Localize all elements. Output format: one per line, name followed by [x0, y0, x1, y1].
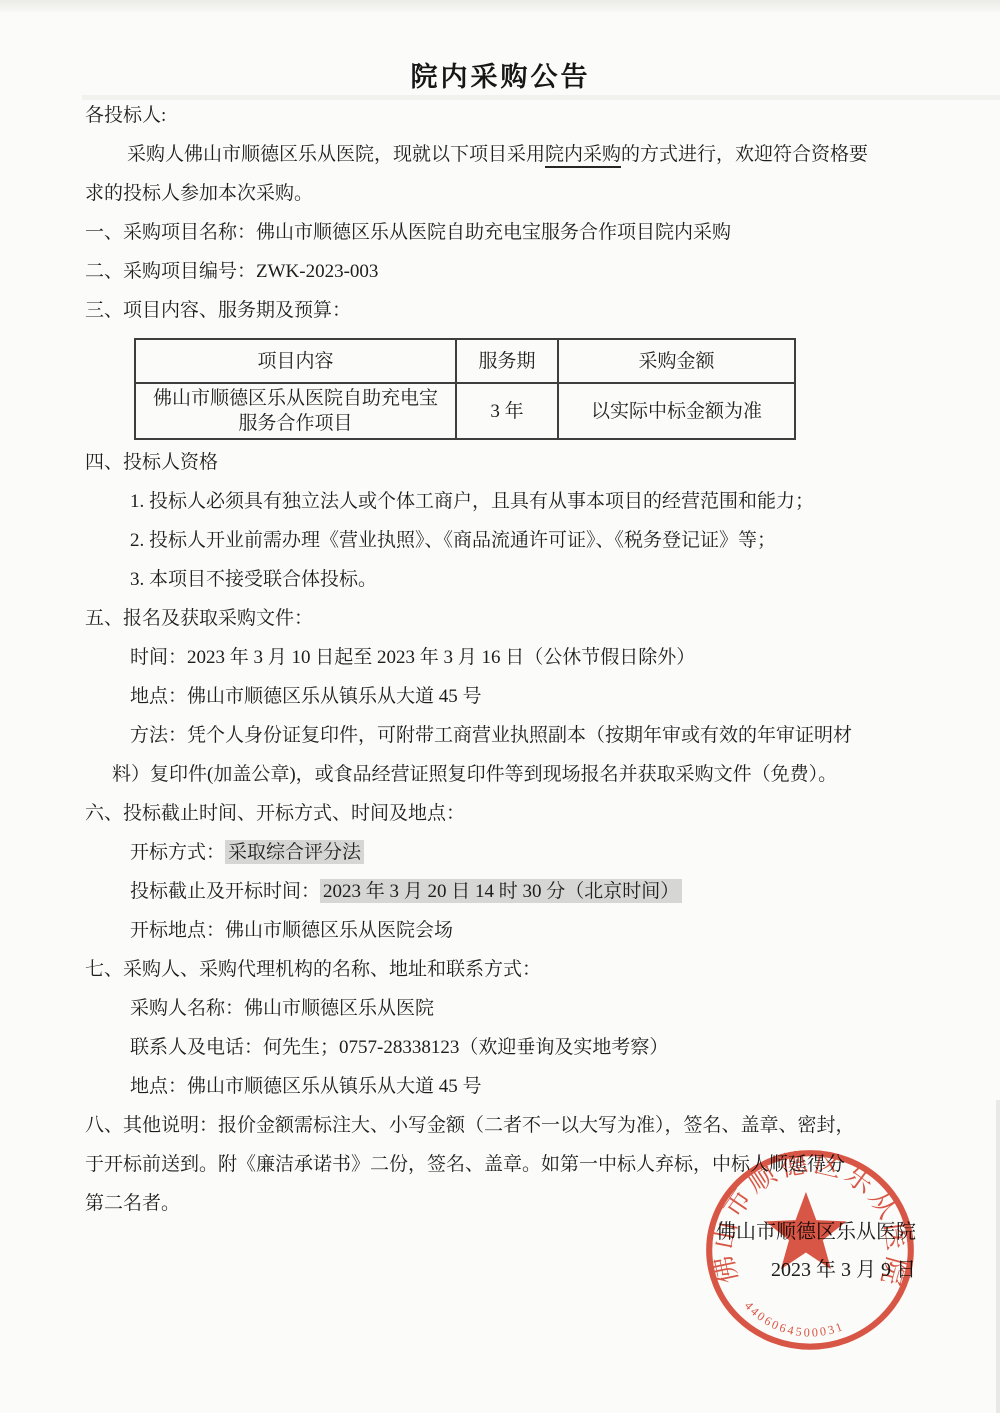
registration-time: 时间：2023 年 3 月 10 日起至 2023 年 3 月 16 日（公休节… [130, 638, 916, 677]
section-2-project-number: 二、采购项目编号：ZWK-2023-003 [85, 252, 916, 291]
table-header-row: 项目内容 服务期 采购金额 [135, 339, 795, 383]
scan-artifact-right-edge [996, 1100, 1000, 1413]
document-body: 院内采购公告 各投标人: 采购人佛山市顺德区乐从医院，现就以下项目采用院内采购的… [85, 58, 916, 1289]
section-1-project-name: 一、采购项目名称：佛山市顺德区乐从医院自助充电宝服务合作项目院内采购 [85, 213, 916, 252]
table-row: 佛山市顺德区乐从医院自助充电宝服务合作项目 3 年 以实际中标金额为准 [135, 383, 795, 439]
qualification-item-3: 3. 本项目不接受联合体投标。 [130, 560, 916, 599]
opening-method-label: 开标方式： [130, 842, 225, 863]
signature-org: 佛山市顺德区乐从医院 [85, 1213, 916, 1251]
cell-project-content: 佛山市顺德区乐从医院自助充电宝服务合作项目 [135, 383, 456, 439]
cell-purchase-amount: 以实际中标金额为准 [558, 383, 795, 439]
header-service-period: 服务期 [456, 339, 558, 383]
section-3-heading: 三、项目内容、服务期及预算： [85, 291, 916, 330]
section-8-line2: 于开标前送到。附《廉洁承诺书》二份，签名、盖章。如第一中标人弃标，中标人顺延得分 [85, 1145, 916, 1184]
intro-text-pre: 采购人佛山市顺德区乐从医院，现就以下项目采用 [127, 144, 545, 165]
signature-block: 佛山市顺德区乐从医院 2023 年 3 月 9 日 [85, 1213, 916, 1289]
section-6-heading: 六、投标截止时间、开标方式、时间及地点： [85, 794, 916, 833]
document-title: 院内采购公告 [85, 58, 916, 96]
section-5-heading: 五、报名及获取采购文件： [85, 599, 916, 638]
section-7-heading: 七、采购人、采购代理机构的名称、地址和联系方式： [85, 950, 916, 989]
qualification-item-1: 1. 投标人必须具有独立法人或个体工商户，且具有从事本项目的经营范围和能力； [130, 482, 916, 521]
intro-paragraph-line1: 采购人佛山市顺德区乐从医院，现就以下项目采用院内采购的方式进行，欢迎符合资格要 [85, 135, 916, 174]
project-spec-table: 项目内容 服务期 采购金额 佛山市顺德区乐从医院自助充电宝服务合作项目 3 年 … [134, 338, 796, 440]
registration-method-line1: 方法：凭个人身份证复印件，可附带工商营业执照副本（按期年审或有效的年审证明材 [130, 716, 916, 755]
intro-underlined-term: 院内采购 [545, 144, 621, 168]
signature-date: 2023 年 3 月 9 日 [85, 1251, 916, 1289]
registration-method-line2: 料）复印件(加盖公章)，或食品经营证照复印件等到现场报名并获取采购文件（免费）。 [112, 755, 916, 794]
buyer-address: 地点：佛山市顺德区乐从镇乐从大道 45 号 [130, 1067, 916, 1106]
scan-artifact-top [0, 0, 1000, 12]
bid-deadline-value-highlighted: 2023 年 3 月 20 日 14 时 30 分（北京时间） [320, 879, 682, 903]
bid-deadline-label: 投标截止及开标时间： [130, 881, 320, 902]
seal-code-text: 4406064500031 [742, 1299, 847, 1340]
opening-method-value-highlighted: 采取综合评分法 [225, 840, 364, 864]
buyer-contact: 联系人及电话：何先生；0757-28338123（欢迎垂询及实地考察） [130, 1028, 916, 1067]
bid-deadline-line: 投标截止及开标时间：2023 年 3 月 20 日 14 时 30 分（北京时间… [130, 872, 916, 911]
scanned-document-page: 院内采购公告 各投标人: 采购人佛山市顺德区乐从医院，现就以下项目采用院内采购的… [0, 0, 1000, 1413]
opening-method-line: 开标方式：采取综合评分法 [130, 833, 916, 872]
header-project-content: 项目内容 [135, 339, 456, 383]
buyer-name: 采购人名称：佛山市顺德区乐从医院 [130, 989, 916, 1028]
cell-service-period: 3 年 [456, 383, 558, 439]
qualification-item-2: 2. 投标人开业前需办理《营业执照》、《商品流通许可证》、《税务登记证》等； [130, 521, 916, 560]
salutation: 各投标人: [85, 96, 916, 135]
registration-place: 地点：佛山市顺德区乐从镇乐从大道 45 号 [130, 677, 916, 716]
section-4-heading: 四、投标人资格 [85, 443, 916, 482]
intro-text-post: 的方式进行，欢迎符合资格要 [621, 144, 868, 165]
opening-place: 开标地点：佛山市顺德区乐从医院会场 [130, 911, 916, 950]
project-table-wrapper: 项目内容 服务期 采购金额 佛山市顺德区乐从医院自助充电宝服务合作项目 3 年 … [134, 338, 916, 440]
intro-paragraph-line2: 求的投标人参加本次采购。 [85, 174, 916, 213]
section-8-line1: 八、其他说明：报价金额需标注大、小写金额（二者不一以大写为准），签名、盖章、密封… [85, 1106, 916, 1145]
header-purchase-amount: 采购金额 [558, 339, 795, 383]
